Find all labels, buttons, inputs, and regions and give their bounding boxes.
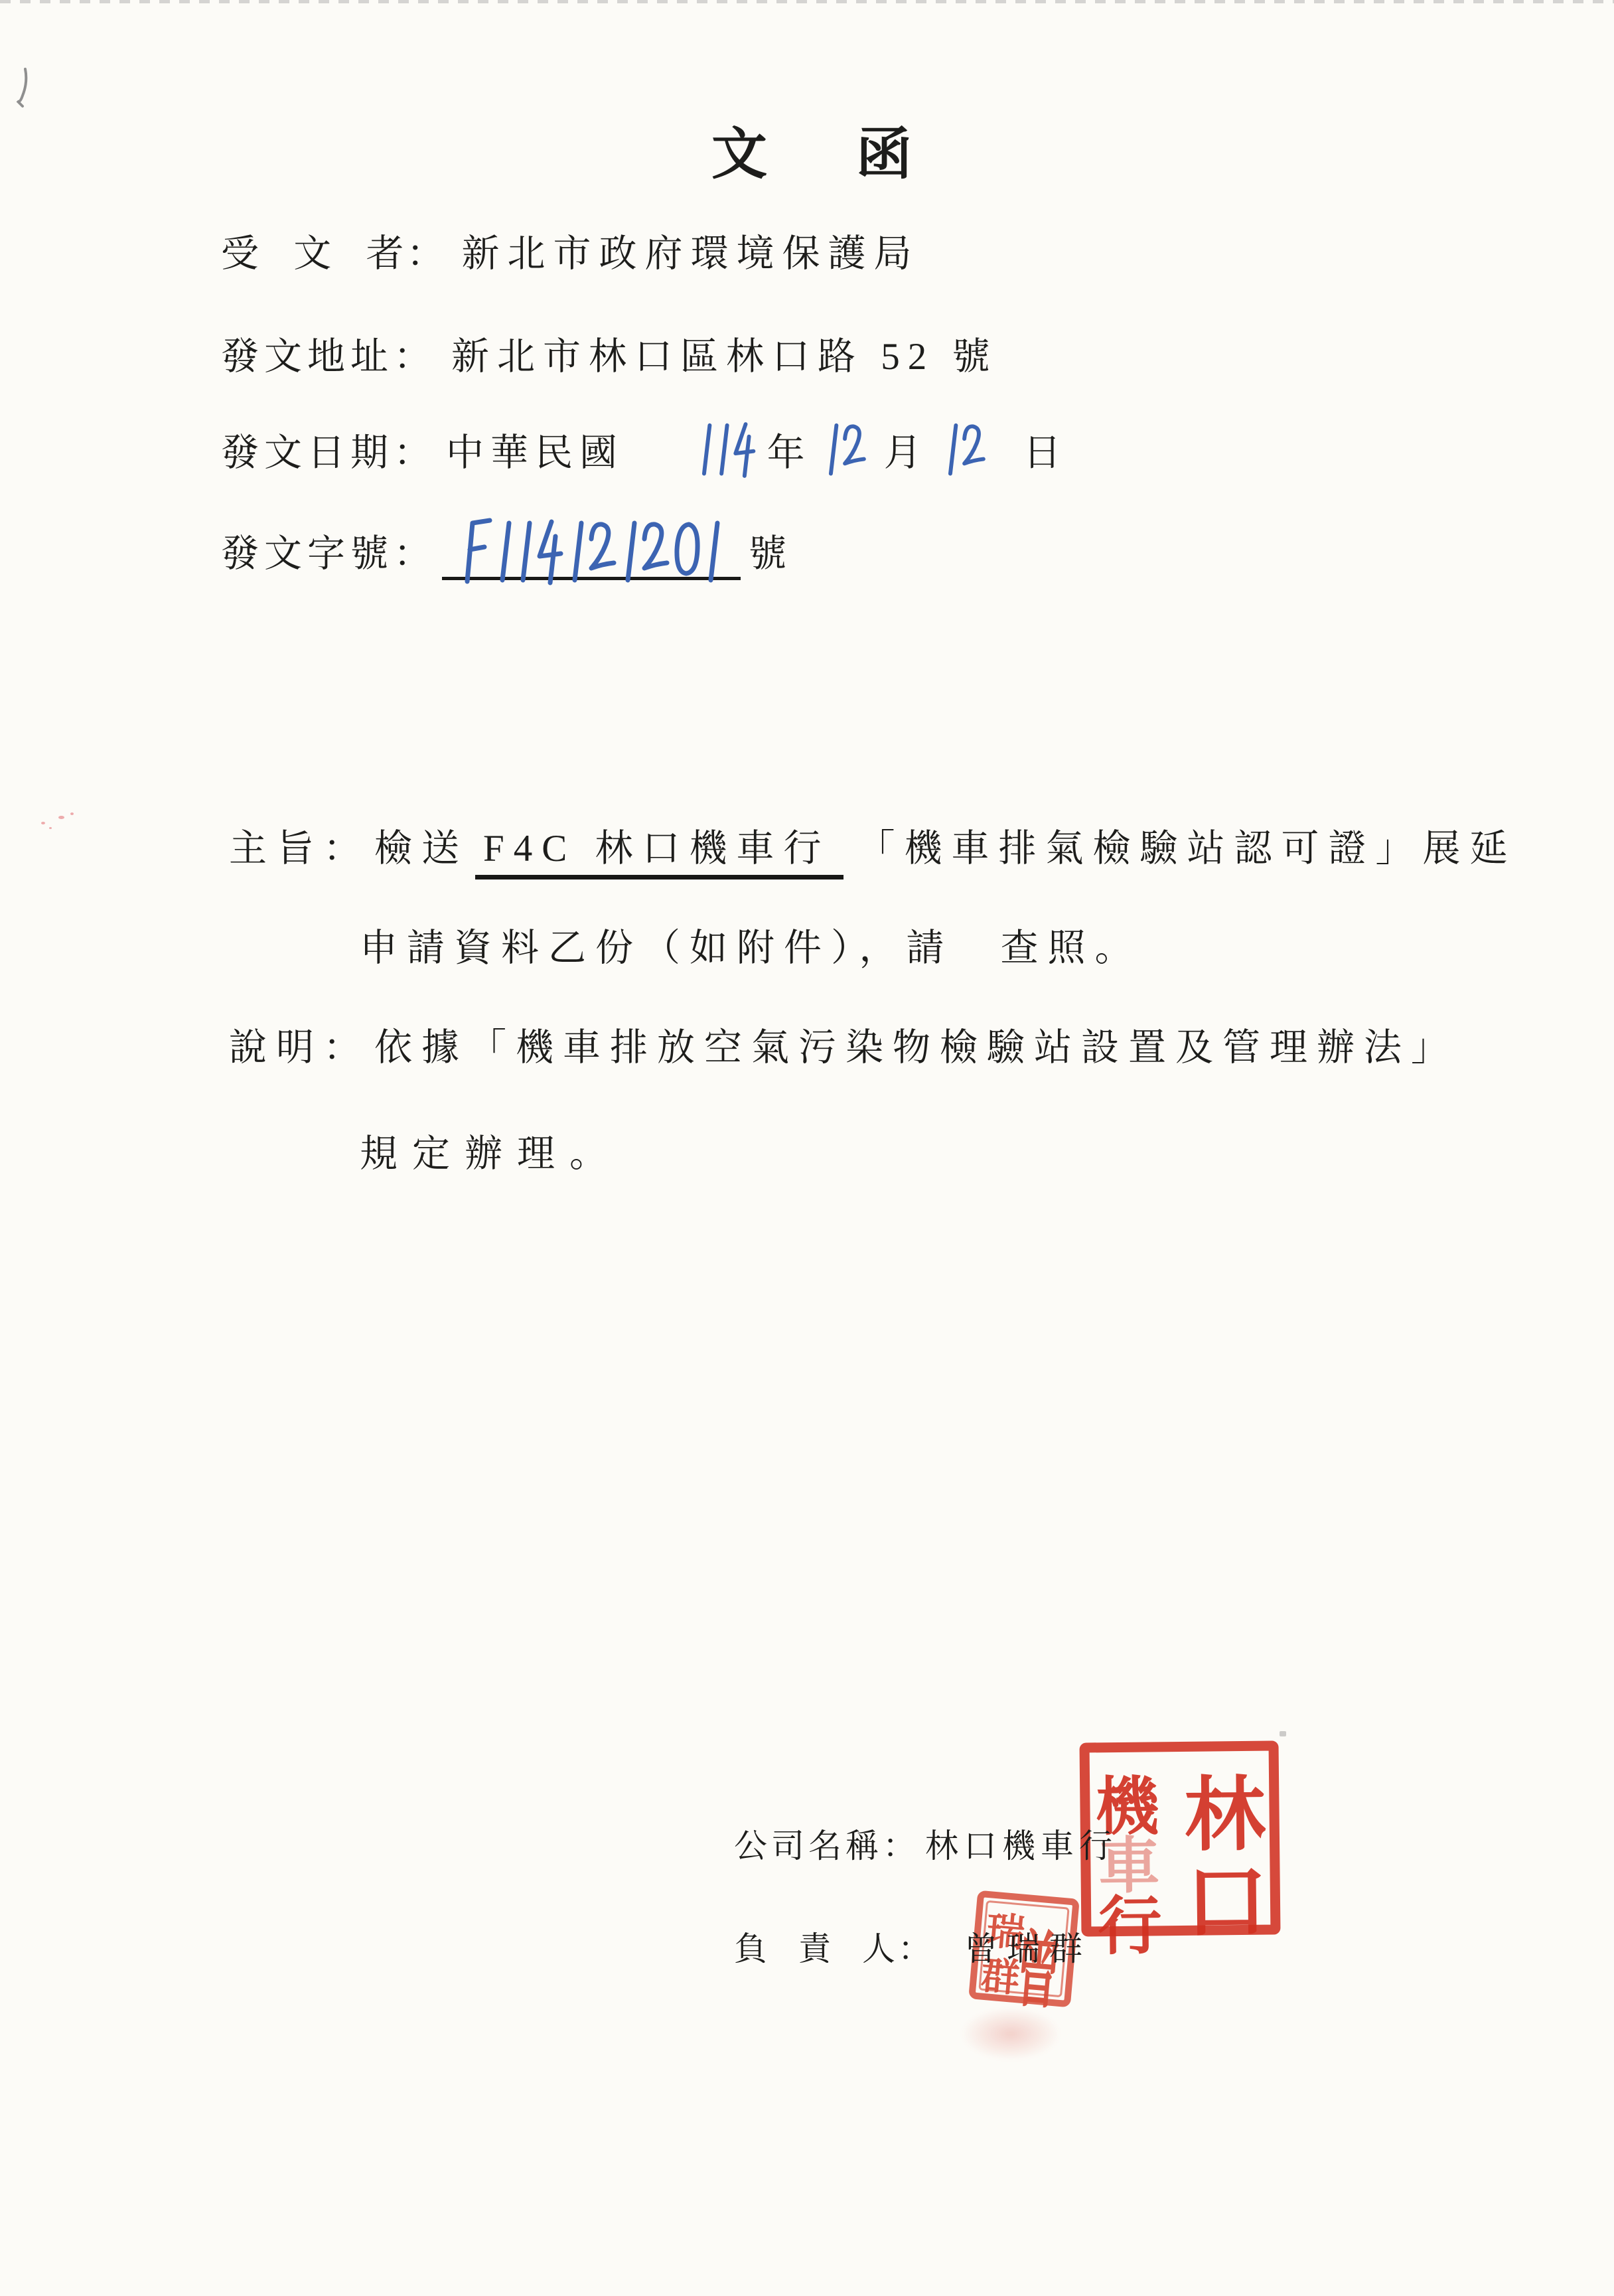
doc-number-line: 發文字號： <box>221 532 437 576</box>
date-line: 發文日期： 中華民國 年 月 日 <box>221 431 1061 479</box>
subject-line-2: 申請資料乙份（如附件），請 查照。 <box>360 927 1142 970</box>
pen-smudge-mark <box>15 66 35 113</box>
scanned-letter-page: 文 函 受 文 者：新北市政府環境保護局 發文地址：新北市林口區林口路 52 號… <box>0 0 1614 2296</box>
company-seal-char: 行 <box>1098 1875 1162 1967</box>
person-in-charge-line: 負 責 人：曾瑞群 <box>734 1930 1092 1969</box>
doc-number-unit: 號 <box>749 532 786 576</box>
document-title: 文 函 <box>711 123 912 188</box>
recipient-line: 受 文 者：新北市政府環境保護局 <box>221 232 920 276</box>
address-line: 發文地址：新北市林口區林口路 52 號 <box>221 335 998 379</box>
scan-edge-artifact <box>0 0 1614 3</box>
company-name-line: 公司名稱：林口機車行 <box>734 1827 1118 1866</box>
subject-label: 主旨： <box>229 828 370 870</box>
company-name-label: 公司名稱： <box>734 1827 920 1865</box>
date-day-unit: 日 <box>1023 431 1061 475</box>
person-value: 曾瑞群 <box>964 1930 1092 1967</box>
title-char-right: 函 <box>856 123 912 188</box>
explanation-line-1: 說明：依據「機車排放空氣污染物檢驗站設置及管理辦法」 <box>229 1026 1458 1070</box>
recipient-value: 新北市政府環境保護局 <box>462 233 920 275</box>
explanation-label: 說明： <box>229 1027 370 1069</box>
address-label: 發文地址： <box>221 336 437 378</box>
date-label: 發文日期： <box>221 431 437 475</box>
recipient-label: 受 文 者： <box>221 233 447 275</box>
explanation-line-2: 規定辦理。 <box>360 1132 622 1176</box>
handwritten-doc-number <box>457 518 721 587</box>
explanation-text: 依據「機車排放空氣污染物檢驗站設置及管理辦法」 <box>374 1027 1458 1069</box>
doc-number-label: 發文字號： <box>221 533 437 575</box>
company-name-value: 林口機車行 <box>925 1827 1118 1865</box>
gray-fleck <box>1280 1731 1286 1736</box>
handwritten-year <box>693 421 757 479</box>
handwritten-month <box>820 421 867 479</box>
address-value: 新北市林口區林口路 52 號 <box>451 336 998 378</box>
company-seal-char: 口 <box>1185 1836 1268 1955</box>
subject-send: 檢送 <box>374 828 469 870</box>
title-char-left: 文 <box>711 123 767 188</box>
handwritten-day <box>939 421 986 479</box>
date-month-unit: 月 <box>884 431 922 475</box>
date-year-unit: 年 <box>767 431 805 475</box>
subject-station-underlined: F4C 林口機車行 <box>475 828 844 880</box>
subject-rest: 「機車排氣檢驗站認可證」展延 <box>857 828 1516 870</box>
date-era: 中華民國 <box>446 431 624 475</box>
person-label: 負 責 人： <box>734 1930 934 1967</box>
subject-line-1: 主旨：檢送F4C 林口機車行「機車排氣檢驗站認可證」展延 <box>229 827 1516 871</box>
